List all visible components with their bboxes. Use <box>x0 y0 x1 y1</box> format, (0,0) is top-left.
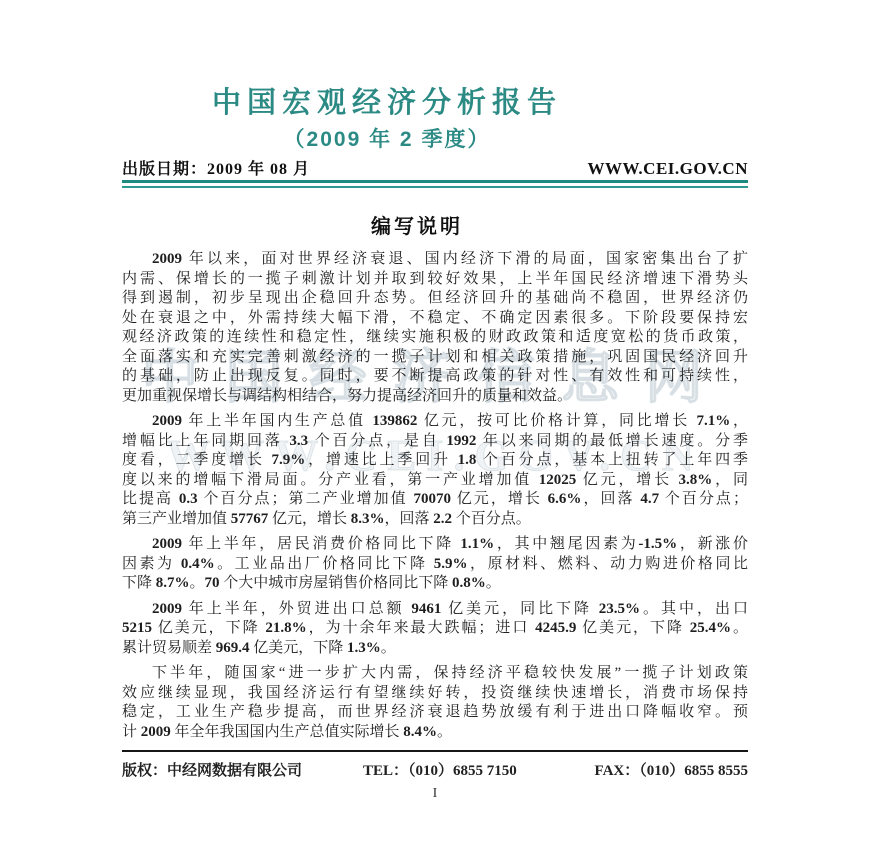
page-title: 中国宏观经济分析报告 <box>122 80 652 121</box>
paragraph: 2009 年以来，面对世界经济衰退、国内经济下滑的局面，国家密集出台了扩内需、保… <box>122 250 748 406</box>
text-line: 2009 年上半年，居民消费价格同比下降 1.1%，其中翘尾因素为-1.5%，新… <box>122 535 748 555</box>
text-line: 度以来的增幅下滑局面。分产业看，第一产业增加值 12025 亿元，增长 3.8%… <box>122 471 748 491</box>
document-body: 编写说明 2009 年以来，面对世界经济衰退、国内经济下滑的局面，国家密集出台了… <box>122 214 748 748</box>
text-line: 的基础，防止出现反复。同时，要不断提高政策的针对性、有效性和可持续性， <box>122 367 748 387</box>
paragraph: 2009 年上半年国内生产总值 139862 亿元，按可比价格计算，同比增长 7… <box>122 412 748 529</box>
fax-text: FAX：（010）6855 8555 <box>595 759 748 780</box>
text-line: 得到遏制，初步呈现出企稳回升态势。但经济回升的基础尚不稳固，世界经济仍 <box>122 289 748 309</box>
paragraph: 2009 年上半年，居民消费价格同比下降 1.1%，其中翘尾因素为-1.5%，新… <box>122 535 748 594</box>
copyright-text: 版权：中经网数据有限公司 <box>122 759 302 780</box>
section-heading: 编写说明 <box>122 214 748 240</box>
paragraph: 下半年，随国家“进一步扩大内需，保持经济平稳较快发展”一揽子计划政策效应继续显现… <box>122 664 748 742</box>
paragraph: 2009 年上半年，外贸进出口总额 9461 亿美元，同比下降 23.5%。其中… <box>122 600 748 659</box>
text-line: 累计贸易顺差 969.4 亿美元，下降 1.3%。 <box>122 639 748 659</box>
text-line: 内需、保增长的一揽子刺激计划并取到较好效果，上半年国民经济增速下滑势头 <box>122 270 748 290</box>
text-line: 比提高 0.3 个百分点；第二产业增加值 70070 亿元，增长 6.6%，回落… <box>122 490 748 510</box>
text-line: 稳定，工业生产稳步提高，而世界经济衰退趋势放缓有利于进出口降幅收窄。预 <box>122 703 748 723</box>
tel-text: TEL：（010）6855 7150 <box>363 759 517 780</box>
page-subtitle: （2009 年 2 季度） <box>122 123 652 153</box>
text-line: 效应继续显现，我国经济运行有望继续好转，投资继续快速增长，消费市场保持 <box>122 684 748 704</box>
website-url: WWW.CEI.GOV.CN <box>587 159 748 179</box>
text-line: 全面落实和充实完善刺激经济的一揽子计划和相关政策措施，巩固国民经济回升 <box>122 348 748 368</box>
header-rule-thick <box>122 180 748 183</box>
footer-rule <box>122 750 748 752</box>
text-line: 度看，二季度增长 7.9%，增速比上季回升 1.8 个百分点，基本上扭转了上年四… <box>122 451 748 471</box>
text-line: 增幅比上年同期回落 3.3 个百分点，是自 1992 年以来同期的最低增长速度。… <box>122 432 748 452</box>
text-line: 5215 亿美元，下降 21.8%，为十余年来最大跌幅；进口 4245.9 亿美… <box>122 619 748 639</box>
paragraphs: 2009 年以来，面对世界经济衰退、国内经济下滑的局面，国家密集出台了扩内需、保… <box>122 250 748 742</box>
text-line: 第三产业增加值 57767 亿元，增长 8.3%，回落 2.2 个百分点。 <box>122 510 748 530</box>
report-page: 中国经济信息网 WWW.CEI.GOV.CN 中国宏观经济分析报告 （2009 … <box>0 0 870 842</box>
page-number: I <box>0 786 870 802</box>
publication-row: 出版日期：2009 年 08 月 WWW.CEI.GOV.CN <box>122 156 748 179</box>
text-line: 处在衰退之中，外需持续大幅下滑，不稳定、不确定因素很多。下阶段要保持宏 <box>122 309 748 329</box>
text-line: 2009 年上半年，外贸进出口总额 9461 亿美元，同比下降 23.5%。其中… <box>122 600 748 620</box>
text-line: 更加重视保增长与调结构相结合，努力提高经济回升的质量和效益。 <box>122 387 748 407</box>
footer-row: 版权：中经网数据有限公司 TEL：（010）6855 7150 FAX：（010… <box>122 759 748 777</box>
text-line: 下降 8.7%。70 个大中城市房屋销售价格同比下降 0.8%。 <box>122 574 748 594</box>
text-line: 2009 年以来，面对世界经济衰退、国内经济下滑的局面，国家密集出台了扩 <box>122 250 748 270</box>
text-line: 2009 年上半年国内生产总值 139862 亿元，按可比价格计算，同比增长 7… <box>122 412 748 432</box>
text-line: 因素为 0.4%。工业品出厂价格同比下降 5.9%，原材料、燃料、动力购进价格同… <box>122 555 748 575</box>
publish-date: 出版日期：2009 年 08 月 <box>122 156 310 179</box>
text-line: 观经济政策的连续性和稳定性，继续实施积极的财政政策和适度宽松的货币政策， <box>122 328 748 348</box>
text-line: 下半年，随国家“进一步扩大内需，保持经济平稳较快发展”一揽子计划政策 <box>122 664 748 684</box>
header-rule-thin <box>122 186 748 188</box>
text-line: 计 2009 年全年我国国内生产总值实际增长 8.4%。 <box>122 723 748 743</box>
